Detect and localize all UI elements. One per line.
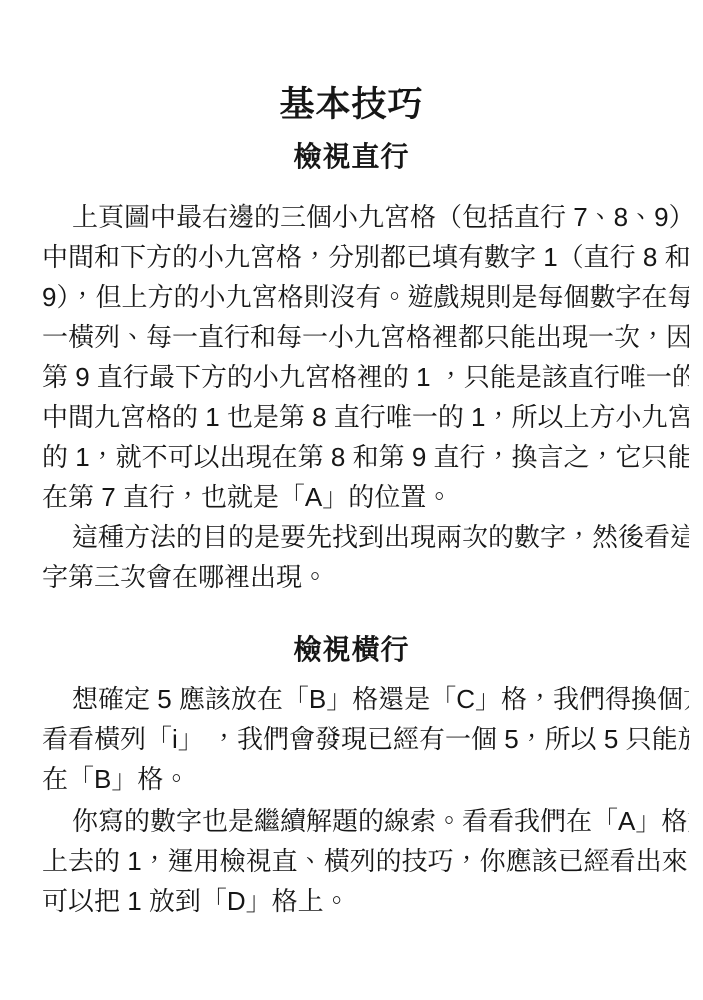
text-line: 9），但上方的小九宮格則沒有。遊戲規則是每個數字在每	[42, 277, 689, 317]
paragraph: 上頁圖中最右邊的三個小九宮格（包括直行 7、8、9）。 中間和下方的小九宮格，分…	[42, 197, 689, 517]
section-body-check-columns: 上頁圖中最右邊的三個小九宮格（包括直行 7、8、9）。 中間和下方的小九宮格，分…	[42, 197, 689, 597]
page-title: 基本技巧	[0, 0, 703, 128]
text-line: 第 9 直行最下方的小九宮格裡的 1 ，只能是該直行唯一的 1，	[42, 357, 689, 397]
section-heading-check-columns: 檢視直行	[0, 140, 703, 174]
text-line: 字第三次會在哪裡出現。	[42, 557, 689, 597]
text-line: 中間九宮格的 1 也是第 8 直行唯一的 1，所以上方小九宮格	[42, 397, 689, 437]
text-line: 在第 7 直行，也就是「A」的位置。	[42, 477, 689, 517]
section-heading-check-rows: 檢視橫行	[0, 633, 703, 667]
section-body-check-rows: 想確定 5 應該放在「B」格還是「C」格，我們得換個方向。 看看橫列「i」 ，我…	[42, 679, 689, 921]
paragraph: 你寫的數字也是繼續解題的線索。看看我們在「A」格放 上去的 1，運用檢視直、橫列…	[42, 801, 689, 921]
text-line: 上去的 1，運用檢視直、橫列的技巧，你應該已經看出來，	[42, 841, 689, 881]
text-line: 看看橫列「i」 ，我們會發現已經有一個 5，所以 5 只能放	[42, 719, 689, 759]
text-line: 上頁圖中最右邊的三個小九宮格（包括直行 7、8、9）。	[42, 197, 689, 237]
text-line: 在「B」格。	[42, 759, 689, 799]
text-line: 你寫的數字也是繼續解題的線索。看看我們在「A」格放	[42, 801, 689, 841]
paragraph: 這種方法的目的是要先找到出現兩次的數字，然後看這數 字第三次會在哪裡出現。	[42, 517, 689, 597]
book-page: 基本技巧 檢視直行 上頁圖中最右邊的三個小九宮格（包括直行 7、8、9）。 中間…	[0, 0, 703, 1000]
text-line: 中間和下方的小九宮格，分別都已填有數字 1（直行 8 和	[42, 237, 689, 277]
text-line: 的 1，就不可以出現在第 8 和第 9 直行，換言之，它只能放	[42, 437, 689, 477]
text-line: 一橫列、每一直行和每一小九宮格裡都只能出現一次，因此	[42, 317, 689, 357]
paragraph: 想確定 5 應該放在「B」格還是「C」格，我們得換個方向。 看看橫列「i」 ，我…	[42, 679, 689, 799]
text-line: 可以把 1 放到「D」格上。	[42, 881, 689, 921]
text-line: 想確定 5 應該放在「B」格還是「C」格，我們得換個方向。	[42, 679, 689, 719]
text-line: 這種方法的目的是要先找到出現兩次的數字，然後看這數	[42, 517, 689, 557]
